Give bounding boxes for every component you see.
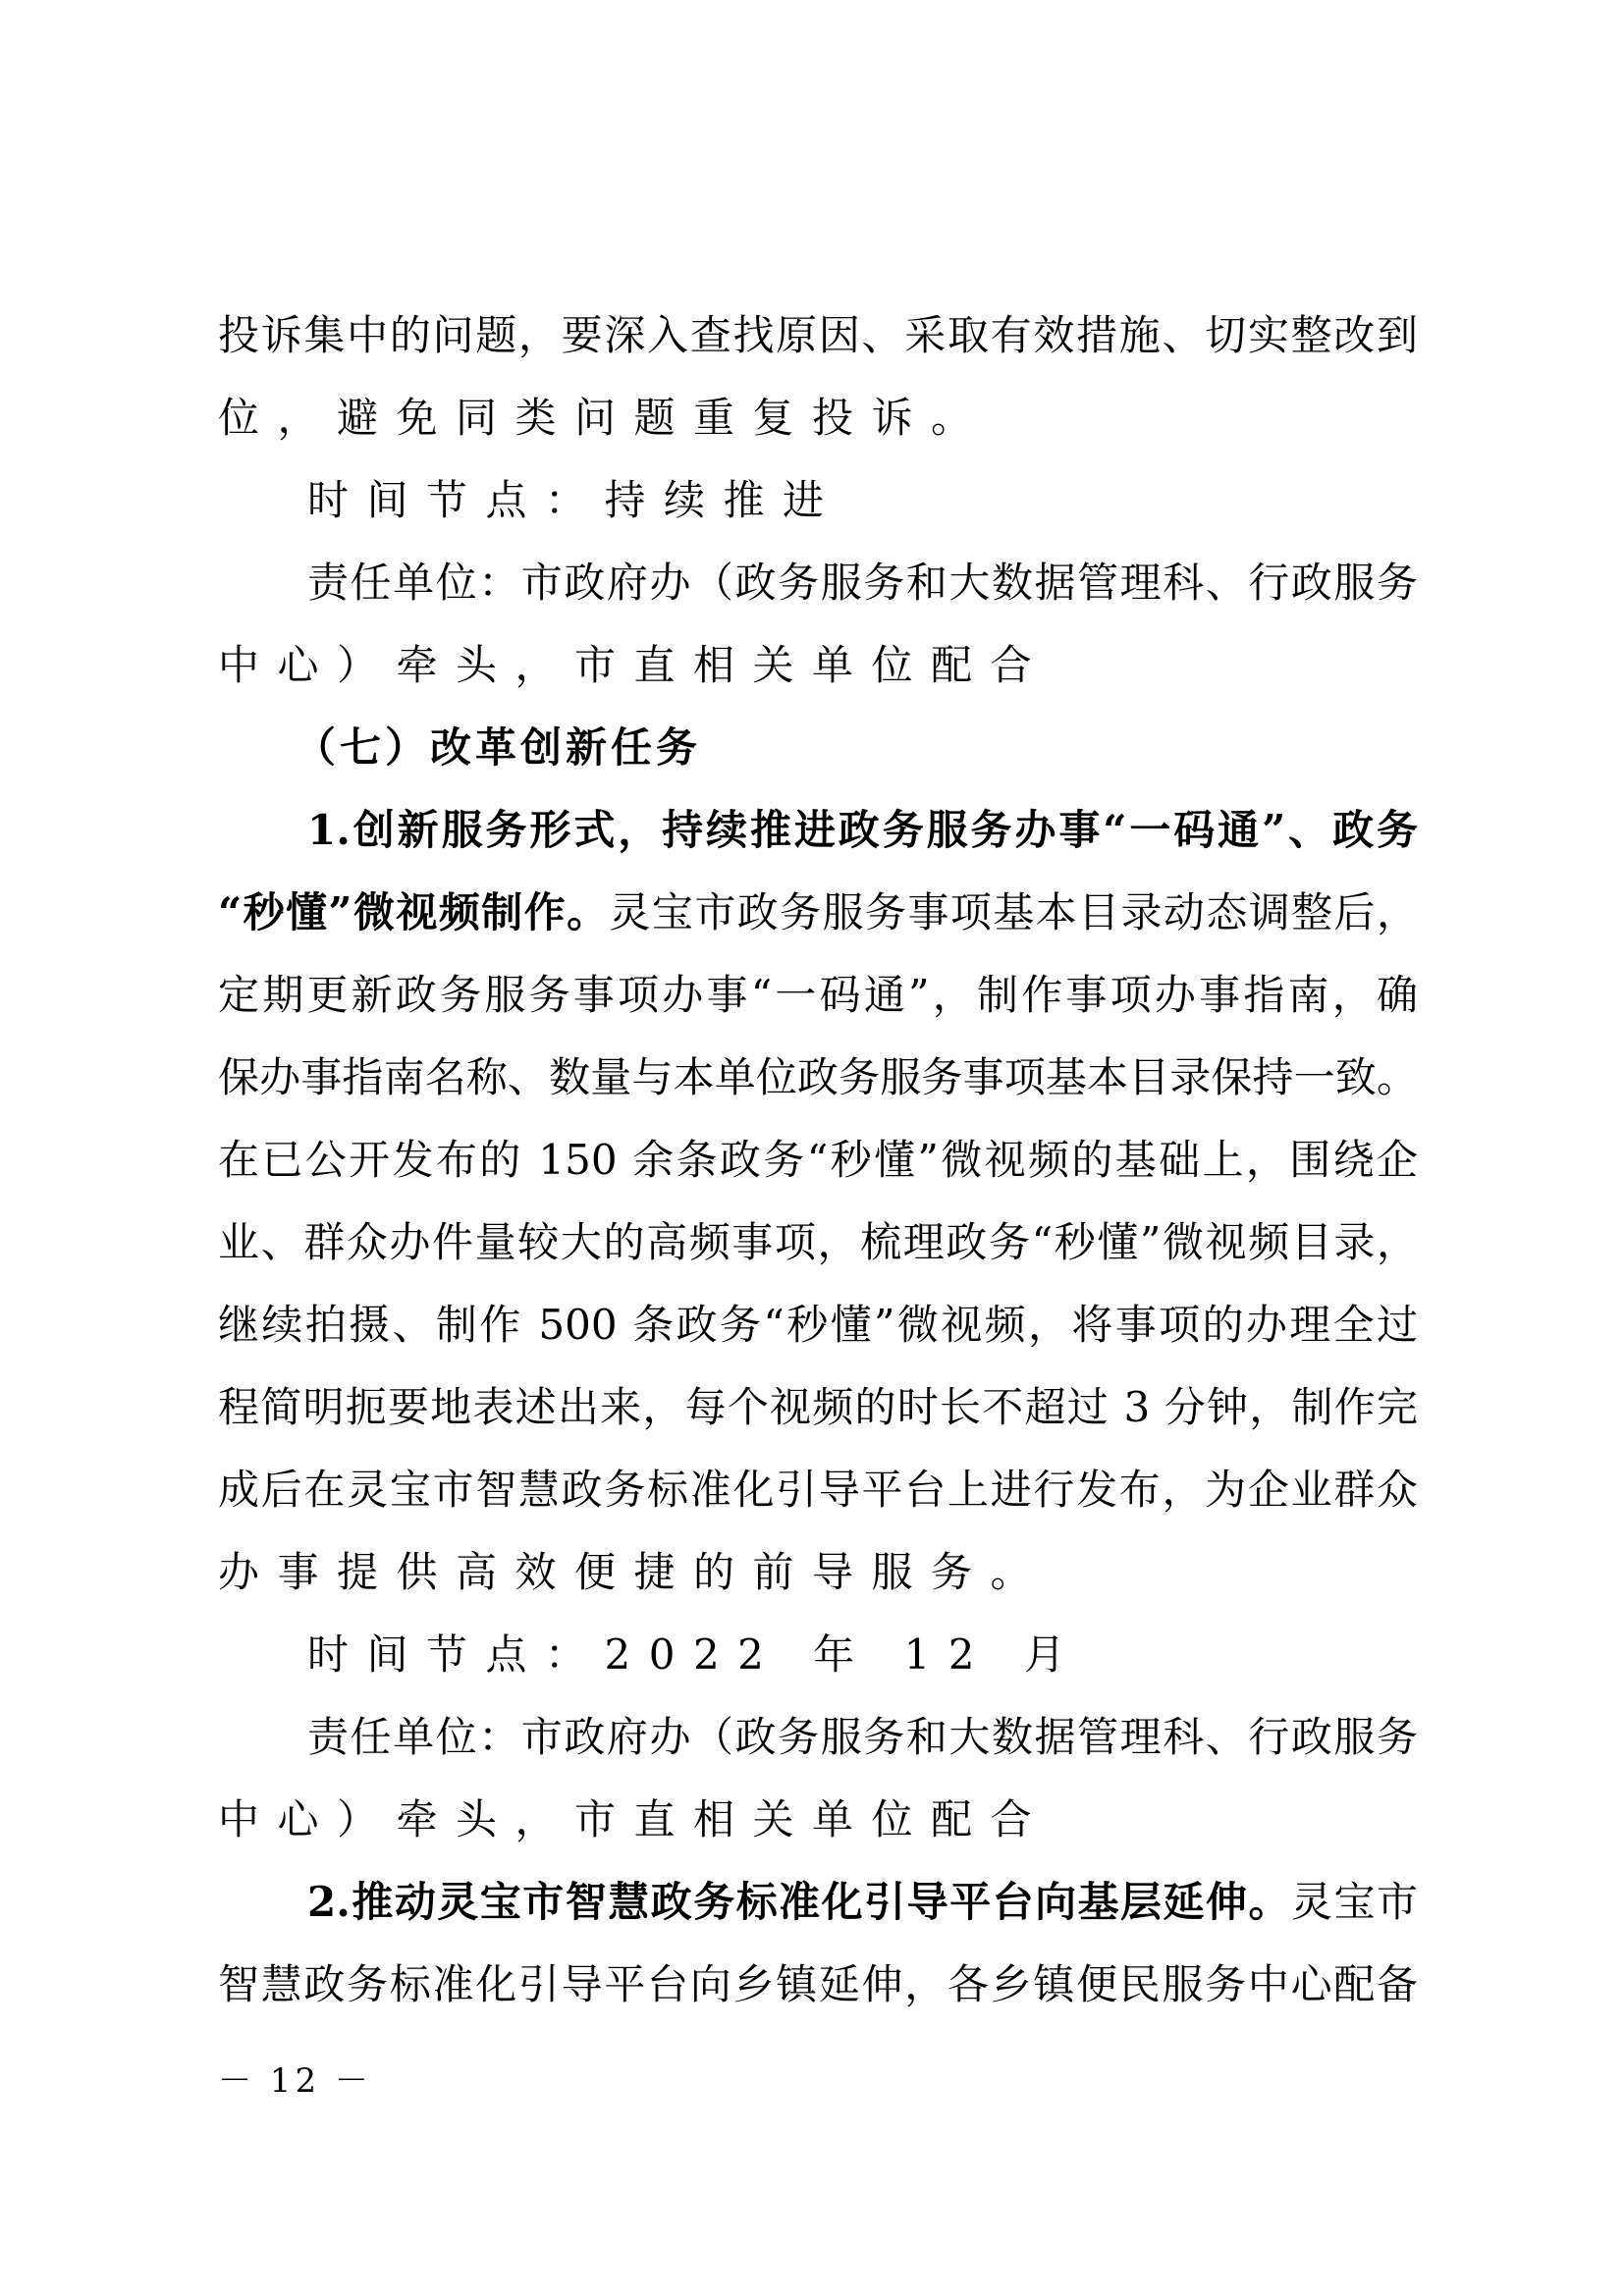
section-heading: （七）改革创新任务 xyxy=(295,719,1405,777)
time-node-line: 时间节点：2022 年 12 月 xyxy=(307,1626,1418,1684)
text-line: 业、群众办件量较大的高频事项，梳理政务“秒懂”微视频目录， xyxy=(218,1213,1418,1272)
text-line: 成后在灵宝市智慧政务标准化引导平台上进行发布，为企业群众 xyxy=(218,1461,1418,1520)
item-1-title-tail: “秒懂”微视频制作。 xyxy=(218,888,609,936)
document-page: 投诉集中的问题，要深入查找原因、采取有效措施、切实整改到 位，避免同类问题重复投… xyxy=(0,0,1624,2296)
responsible-unit-line-continued: 中心）牵头，市直相关单位配合 xyxy=(218,1790,1418,1849)
text-line: 保办事指南名称、数量与本单位政务服务事项基本目录保持一致。 xyxy=(218,1048,1418,1107)
responsible-unit-line-continued: 中心）牵头，市直相关单位配合 xyxy=(218,636,1418,695)
item-2-title-line: 2.推动灵宝市智慧政务标准化引导平台向基层延伸。灵宝市 xyxy=(307,1873,1418,1932)
text-line: 位，避免同类问题重复投诉。 xyxy=(218,389,1418,448)
text-line: 办事提供高效便捷的前导服务。 xyxy=(218,1543,1418,1602)
time-node-line: 时间节点：持续推进 xyxy=(307,471,1418,530)
page-number: － 12 － xyxy=(218,2059,372,2103)
item-1-body-start: 灵宝市政务服务事项基本目录动态调整后， xyxy=(609,888,1418,936)
item-1-title: 1.创新服务形式，持续推进政务服务办事“一码通”、政务 xyxy=(307,801,1418,860)
text-line: 智慧政务标准化引导平台向乡镇延伸，各乡镇便民服务中心配备 xyxy=(218,1955,1418,2014)
text-line: 继续拍摄、制作 500 条政务“秒懂”微视频，将事项的办理全过 xyxy=(218,1296,1418,1355)
text-line: 程简明扼要地表述出来，每个视频的时长不超过 3 分钟，制作完 xyxy=(218,1378,1418,1437)
text-line: 在已公开发布的 150 余条政务“秒懂”微视频的基础上，围绕企 xyxy=(218,1131,1418,1190)
text-line: 定期更新政务服务事项办事“一码通”，制作事项办事指南，确 xyxy=(218,966,1418,1025)
responsible-unit-line: 责任单位：市政府办（政务服务和大数据管理科、行政服务 xyxy=(307,554,1418,613)
item-1-title-continued: “秒懂”微视频制作。灵宝市政务服务事项基本目录动态调整后， xyxy=(218,883,1418,942)
text-line: 投诉集中的问题，要深入查找原因、采取有效措施、切实整改到 xyxy=(218,306,1418,365)
responsible-unit-line: 责任单位：市政府办（政务服务和大数据管理科、行政服务 xyxy=(307,1708,1418,1767)
item-2-body-start: 灵宝市 xyxy=(1291,1878,1418,1926)
item-2-title: 2.推动灵宝市智慧政务标准化引导平台向基层延伸。 xyxy=(307,1878,1291,1926)
